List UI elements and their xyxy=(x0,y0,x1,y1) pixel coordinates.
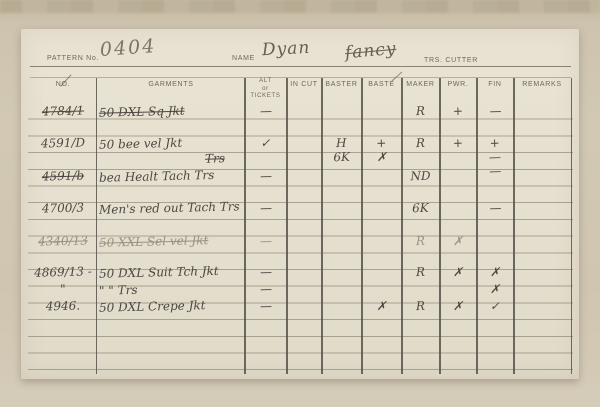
cell-alt: — xyxy=(245,105,286,120)
cell-no: 4591/D xyxy=(32,136,94,151)
scan-edge-band xyxy=(0,0,600,13)
cell-fin: — xyxy=(477,105,513,120)
header-rule-line xyxy=(30,66,571,67)
cell-alt: — xyxy=(245,266,286,281)
name-value-first: Dyan xyxy=(262,39,311,61)
column-divider-line xyxy=(476,78,478,374)
column-divider-line xyxy=(321,78,323,374)
column-header-maker: MAKER xyxy=(402,81,439,90)
cell-fin: ✓ xyxy=(477,300,513,315)
cell-pwr: ✗ xyxy=(440,266,476,281)
cell-alt: ✓ xyxy=(245,137,286,152)
column-header-fin: FIN xyxy=(477,81,513,90)
trs-cutter-label: TRS. CUTTER xyxy=(424,57,478,66)
pattern-number-value: 0404 xyxy=(99,36,157,62)
column-header-remarks: REMARKS xyxy=(514,81,570,90)
column-divider-line xyxy=(96,78,98,374)
cell-maker: R xyxy=(402,300,439,315)
cell-no: 4591/b xyxy=(32,169,94,184)
cell-pwr: + xyxy=(440,105,476,120)
cell-no: " xyxy=(32,282,94,297)
column-header-in_cut: IN CUT xyxy=(287,81,321,90)
cell-no: 4340/13 xyxy=(32,234,94,249)
name-label: NAME xyxy=(232,55,255,64)
cell-alt: — xyxy=(245,170,286,185)
cell-fin: + — — xyxy=(476,137,513,179)
column-divider-line xyxy=(513,78,515,374)
table-header-top-line xyxy=(30,77,571,78)
cell-alt: — xyxy=(245,235,286,250)
column-divider-line xyxy=(286,78,288,374)
column-divider-line xyxy=(361,78,363,374)
cell-fin: — xyxy=(477,202,513,217)
column-header-pwr: PWR. xyxy=(440,81,476,90)
column-header-garments: GARMENTS xyxy=(99,81,243,90)
cell-no: 4700/3 xyxy=(32,201,94,216)
cell-no: 4946. xyxy=(32,299,94,314)
column-header-baster: BASTER xyxy=(322,81,361,90)
cell-baste: + ✗ xyxy=(362,137,402,166)
cell-fin: ✗ xyxy=(477,283,513,298)
cell-baster: H 6K xyxy=(322,137,362,166)
scanned-pattern-card-page: PATTERN No. 0404 NAME Dyan fancy TRS. CU… xyxy=(0,0,600,407)
cell-no: 4869/13 - xyxy=(32,265,94,280)
cell-maker: R xyxy=(402,105,439,120)
cell-alt: — xyxy=(245,300,286,315)
cell-alt: — xyxy=(245,283,286,298)
column-divider-line xyxy=(439,78,441,374)
cell-maker: 6K xyxy=(402,202,439,217)
cell-pwr: + xyxy=(440,137,476,152)
cell-alt: — xyxy=(245,202,286,217)
column-header-baste: BASTE xyxy=(362,81,401,90)
pattern-number-label: PATTERN No. xyxy=(47,55,99,64)
cell-maker: R xyxy=(402,137,439,152)
column-header-alt: ALT or TICKETS xyxy=(245,78,286,101)
cell-pwr: ✗ xyxy=(440,235,476,250)
cell-garments-second-line: Trs xyxy=(205,151,265,166)
cell-no: 4784/1 xyxy=(32,104,94,119)
cell-baste: ✗ xyxy=(362,300,401,315)
column-divider-line xyxy=(401,78,403,374)
column-divider-line xyxy=(244,78,246,374)
cell-fin: ✗ xyxy=(477,266,513,281)
cell-maker: ND xyxy=(402,170,439,185)
cell-maker: R xyxy=(402,266,439,281)
cell-maker: R xyxy=(402,235,439,250)
column-divider-line xyxy=(571,78,573,374)
cell-pwr: ✗ xyxy=(440,300,476,315)
